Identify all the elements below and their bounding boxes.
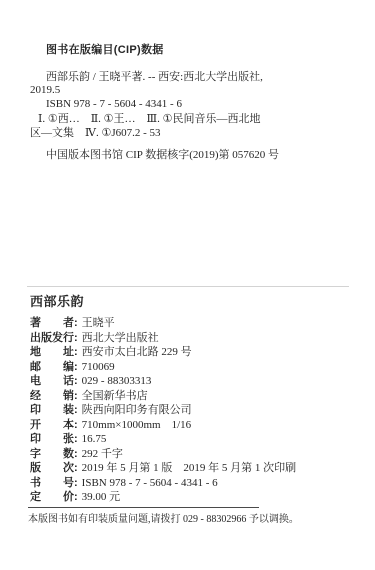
colophon-label: 定 价: — [30, 490, 78, 505]
cip-record-number: 中国版本图书馆 CIP 数据核字(2019)第 057620 号 — [30, 149, 335, 163]
colophon-value: 292 千字 — [82, 447, 123, 462]
colophon-row-format: 开 本: 710mm×1000mm 1/16 — [30, 418, 296, 433]
colophon-label: 电 话: — [30, 374, 78, 389]
colophon-value: ISBN 978 - 7 - 5604 - 4341 - 6 — [82, 476, 218, 491]
cip-isbn-line: ISBN 978 - 7 - 5604 - 4341 - 6 — [30, 98, 335, 112]
colophon-row-publisher: 出版发行: 西北大学出版社 — [30, 331, 296, 346]
colophon-value: 全国新华书店 — [82, 389, 148, 404]
colophon-label: 书 号: — [30, 476, 78, 491]
book-title: 西部乐韵 — [30, 291, 84, 310]
colophon-value: 陕西向阳印务有限公司 — [82, 403, 192, 418]
cip-classification-line2: 区—文集 Ⅳ. ①J607.2 - 53 — [30, 127, 335, 141]
colophon-row-sheets: 印 张: 16.75 — [30, 432, 296, 447]
colophon-value: 029 - 88303313 — [82, 374, 152, 389]
colophon-value: 710mm×1000mm 1/16 — [82, 418, 191, 433]
colophon-label: 印 装: — [30, 403, 78, 418]
colophon-row-postcode: 邮 编: 710069 — [30, 360, 296, 375]
colophon-label: 印 张: — [30, 432, 78, 447]
colophon-row-author: 著 者: 王晓平 — [30, 316, 296, 331]
colophon-value: 西北大学出版社 — [82, 331, 159, 346]
colophon-list: 著 者: 王晓平 出版发行: 西北大学出版社 地 址: 西安市太白北路 229 … — [30, 316, 296, 505]
colophon-row-address: 地 址: 西安市太白北路 229 号 — [30, 345, 296, 360]
colophon-row-phone: 电 话: 029 - 88303313 — [30, 374, 296, 389]
colophon-row-isbn: 书 号: ISBN 978 - 7 - 5604 - 4341 - 6 — [30, 476, 296, 491]
colophon-label: 字 数: — [30, 447, 78, 462]
colophon-row-wordcount: 字 数: 292 千字 — [30, 447, 296, 462]
colophon-label: 出版发行: — [30, 331, 78, 346]
cip-classification-line1: Ⅰ. ①西… Ⅱ. ①王… Ⅲ. ①民间音乐—西北地 — [30, 113, 335, 127]
colophon-label: 著 者: — [30, 316, 78, 331]
colophon-value: 2019 年 5 月第 1 版 2019 年 5 月第 1 次印刷 — [82, 461, 297, 476]
colophon-row-distributor: 经 销: 全国新华书店 — [30, 389, 296, 404]
colophon-value: 西安市太白北路 229 号 — [82, 345, 192, 360]
quality-notice: 本版图书如有印装质量问题,请拨打 029 - 88302966 予以调换。 — [28, 513, 299, 526]
colophon-label: 邮 编: — [30, 360, 78, 375]
footer-rule — [28, 507, 259, 508]
colophon-row-printer: 印 装: 陕西向阳印务有限公司 — [30, 403, 296, 418]
colophon-label: 地 址: — [30, 345, 78, 360]
cip-header: 图书在版编目(CIP)数据 — [30, 44, 335, 58]
section-divider — [27, 286, 349, 287]
colophon-row-price: 定 价: 39.00 元 — [30, 490, 296, 505]
colophon-label: 版 次: — [30, 461, 78, 476]
colophon-label: 开 本: — [30, 418, 78, 433]
colophon-value: 16.75 — [82, 432, 107, 447]
colophon-row-edition: 版 次: 2019 年 5 月第 1 版 2019 年 5 月第 1 次印刷 — [30, 461, 296, 476]
colophon-value: 39.00 元 — [82, 490, 121, 505]
colophon-value: 710069 — [82, 360, 115, 375]
colophon-value: 王晓平 — [82, 316, 115, 331]
cip-description-line2: 2019.5 — [30, 84, 335, 98]
cip-notice: 图书在版编目(CIP)数据 西部乐韵 / 王晓平著. -- 西安:西北大学出版社… — [30, 44, 335, 163]
cip-description-line1: 西部乐韵 / 王晓平著. -- 西安:西北大学出版社, — [30, 71, 335, 85]
copyright-page: 图书在版编目(CIP)数据 西部乐韵 / 王晓平著. -- 西安:西北大学出版社… — [0, 0, 375, 570]
colophon-label: 经 销: — [30, 389, 78, 404]
